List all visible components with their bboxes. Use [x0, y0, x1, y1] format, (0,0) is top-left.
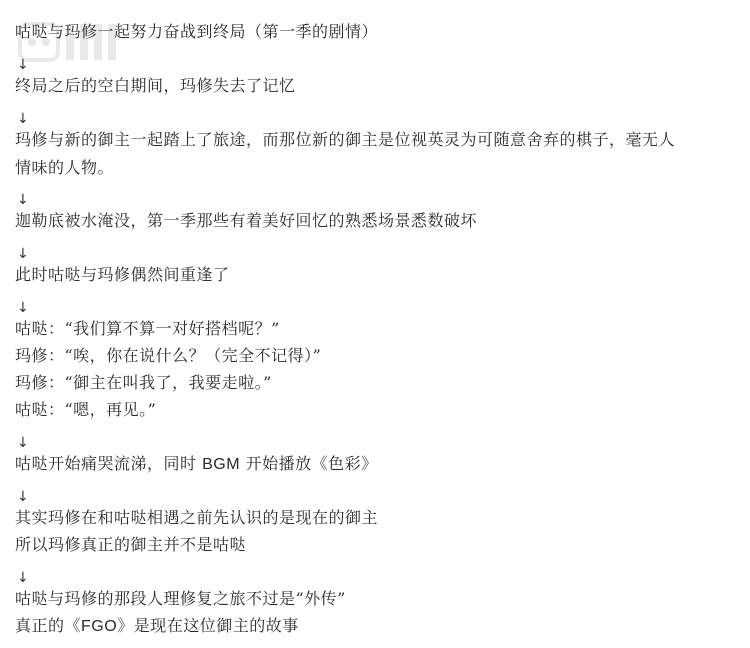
- latin-term: BGM: [202, 456, 240, 473]
- down-arrow-icon: ↓: [17, 112, 29, 126]
- down-arrow-icon: ↓: [17, 247, 29, 261]
- down-arrow-icon: ↓: [17, 301, 29, 315]
- story-line: 真正的《FGO》是现在这位御主的故事: [15, 616, 299, 637]
- story-line: 玛修：“唉，你在说什么？（完全不记得）”: [15, 346, 321, 366]
- story-line: 此时咕哒与玛修偶然间重逢了: [15, 265, 230, 285]
- down-arrow-icon: ↓: [17, 436, 29, 450]
- story-line: 咕哒：“我们算不算一对好搭档呢？”: [15, 319, 280, 339]
- story-line: 咕哒开始痛哭流涕，同时 BGM 开始播放《色彩》: [15, 454, 378, 475]
- story-line: 玛修：“御主在叫我了，我要走啦。”: [15, 373, 272, 393]
- story-line: 所以玛修真正的御主并不是咕哒: [15, 535, 246, 555]
- down-arrow-icon: ↓: [17, 58, 29, 72]
- story-line: 其实玛修在和咕哒相遇之前先认识的是现在的御主: [15, 508, 378, 528]
- story-line: 玛修与新的御主一起踏上了旅途，而那位新的御主是位视英灵为可随意舍弃的棋子，毫无人: [15, 130, 675, 150]
- story-line: 迦勒底被水淹没，第一季那些有着美好回忆的熟悉场景悉数破坏: [15, 211, 477, 231]
- story-line: 情味的人物。: [15, 158, 114, 178]
- story-line: 咕哒与玛修的那段人理修复之旅不过是“外传”: [15, 589, 346, 609]
- latin-term: FGO: [81, 618, 117, 635]
- down-arrow-icon: ↓: [17, 571, 29, 585]
- story-line: 咕哒与玛修一起努力奋战到终局（第一季的剧情）: [15, 22, 378, 42]
- down-arrow-icon: ↓: [17, 490, 29, 504]
- story-text: 咕哒开始痛哭流涕，同时: [15, 454, 202, 473]
- down-arrow-icon: ↓: [17, 193, 29, 207]
- story-text: 开始播放《色彩》: [240, 454, 378, 473]
- story-line: 咕哒：“嗯，再见。”: [15, 400, 156, 420]
- story-line: 终局之后的空白期间，玛修失去了记忆: [15, 76, 296, 96]
- story-text: 》是现在这位御主的故事: [117, 616, 299, 635]
- story-text: 真正的《: [15, 616, 81, 635]
